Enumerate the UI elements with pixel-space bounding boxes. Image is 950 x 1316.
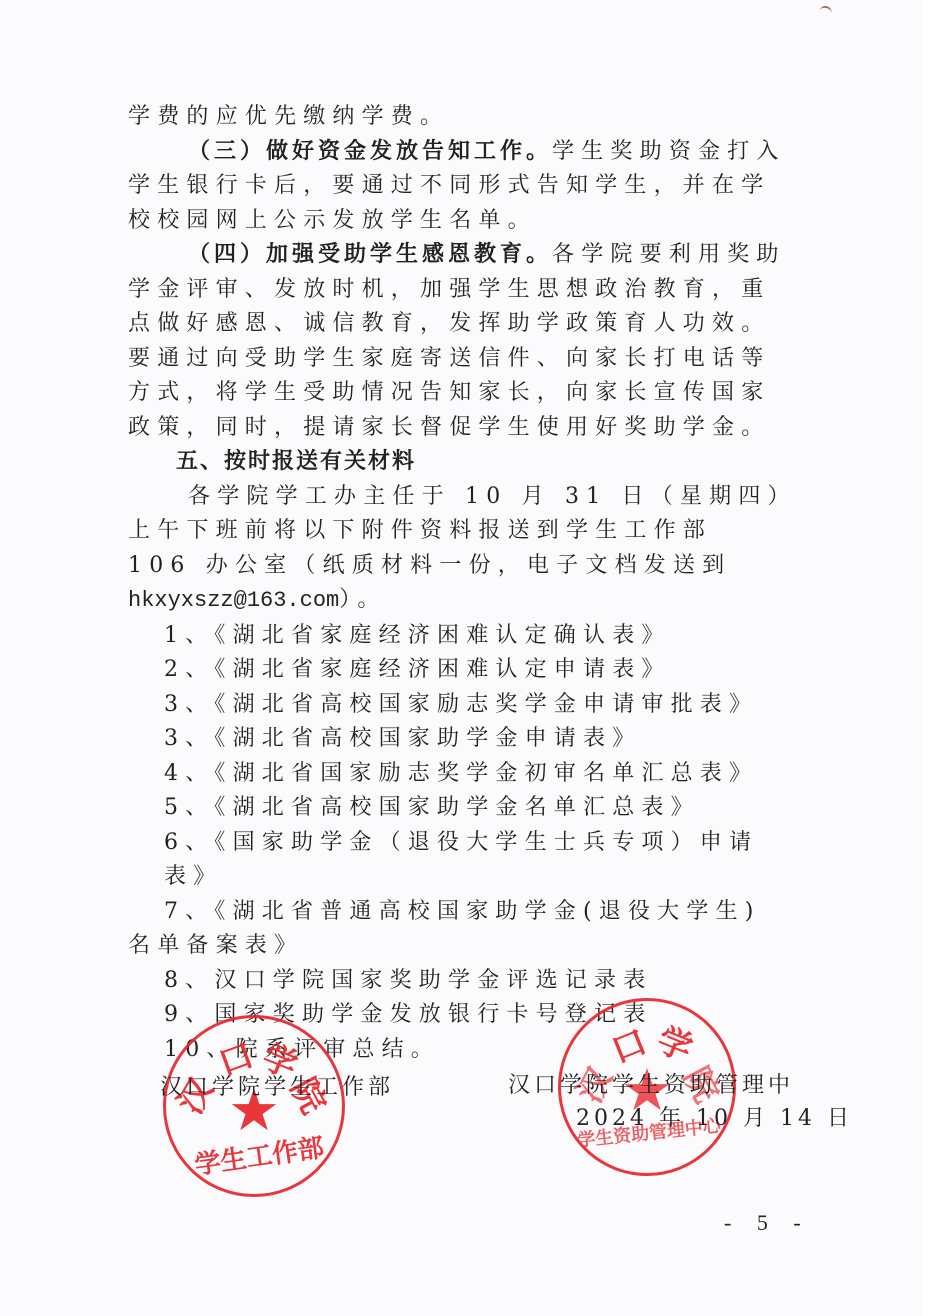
heading-section-5: 五、按时报送有关材料 bbox=[128, 445, 788, 480]
submission-closing: ）。 bbox=[339, 587, 386, 612]
scan-margin bbox=[922, 0, 950, 1316]
signature-left: 汉口学院学生工作部 bbox=[160, 1070, 394, 1101]
attachment-item: 3、《湖北省高校国家励志奖学金申请审批表》 bbox=[128, 688, 788, 723]
page-number: - 5 - bbox=[724, 1210, 811, 1236]
paragraph-section-3: （三）做好资金发放告知工作。学生奖助资金打入学生银行卡后，要通过不同形式告知学生… bbox=[128, 135, 788, 239]
attachment-list: 1、《湖北省家庭经济困难认定确认表》 2、《湖北省家庭经济困难认定申请表》 3、… bbox=[128, 619, 788, 1068]
paragraph-submission: 各学院学工办主任于 10 月 31 日（星期四）上午下班前将以下附件资料报送到学… bbox=[128, 480, 788, 619]
document-page: 学费的应优先缴纳学费。 （三）做好资金发放告知工作。学生奖助资金打入学生银行卡后… bbox=[0, 0, 922, 1316]
signature-date: 2024 年 10 月 14 日 bbox=[576, 1101, 853, 1132]
email-address: hkxyxszz@163.com bbox=[128, 588, 339, 613]
section-4-title: （四）加强受助学生感恩教育。 bbox=[188, 242, 552, 267]
seal-bottom-text: 学生工作部 bbox=[192, 1127, 326, 1182]
scan-artifact bbox=[819, 5, 832, 14]
section-4-body: 各学院要利用奖助学金评审、发放时机，加强学生思想政治教育，重点做好感恩、诚信教育… bbox=[128, 242, 786, 440]
section-3-title: （三）做好资金发放告知工作。 bbox=[188, 139, 552, 164]
attachment-item: 2、《湖北省家庭经济困难认定申请表》 bbox=[128, 653, 788, 688]
paragraph-section-4: （四）加强受助学生感恩教育。各学院要利用奖助学金评审、发放时机，加强学生思想政治… bbox=[128, 238, 788, 445]
attachment-item: 8、汉口学院国家奖助学金评选记录表 bbox=[128, 964, 788, 999]
document-body: 学费的应优先缴纳学费。 （三）做好资金发放告知工作。学生奖助资金打入学生银行卡后… bbox=[128, 100, 788, 1067]
attachment-item: 6、《国家助学金（退役大学生士兵专项）申请表》 bbox=[128, 826, 788, 895]
submission-text: 各学院学工办主任于 10 月 31 日（星期四）上午下班前将以下附件资料报送到学… bbox=[128, 484, 786, 578]
attachment-item: 7、《湖北省普通高校国家助学金(退役大学生)名单备案表》 bbox=[128, 895, 788, 964]
attachment-item: 3、《湖北省高校国家助学金申请表》 bbox=[128, 722, 788, 757]
seal-student-affairs: 汉 口 学 院 ★ 学生工作部 bbox=[163, 1015, 345, 1197]
attachment-item: 1、《湖北省家庭经济困难认定确认表》 bbox=[128, 619, 788, 654]
paragraph-continuation: 学费的应优先缴纳学费。 bbox=[128, 100, 788, 135]
attachment-item: 5、《湖北省高校国家助学金名单汇总表》 bbox=[128, 791, 788, 826]
signature-right: 汉口学院学生资助管理中 bbox=[508, 1068, 794, 1099]
attachment-item: 4、《湖北省国家励志奖学金初审名单汇总表》 bbox=[128, 757, 788, 792]
